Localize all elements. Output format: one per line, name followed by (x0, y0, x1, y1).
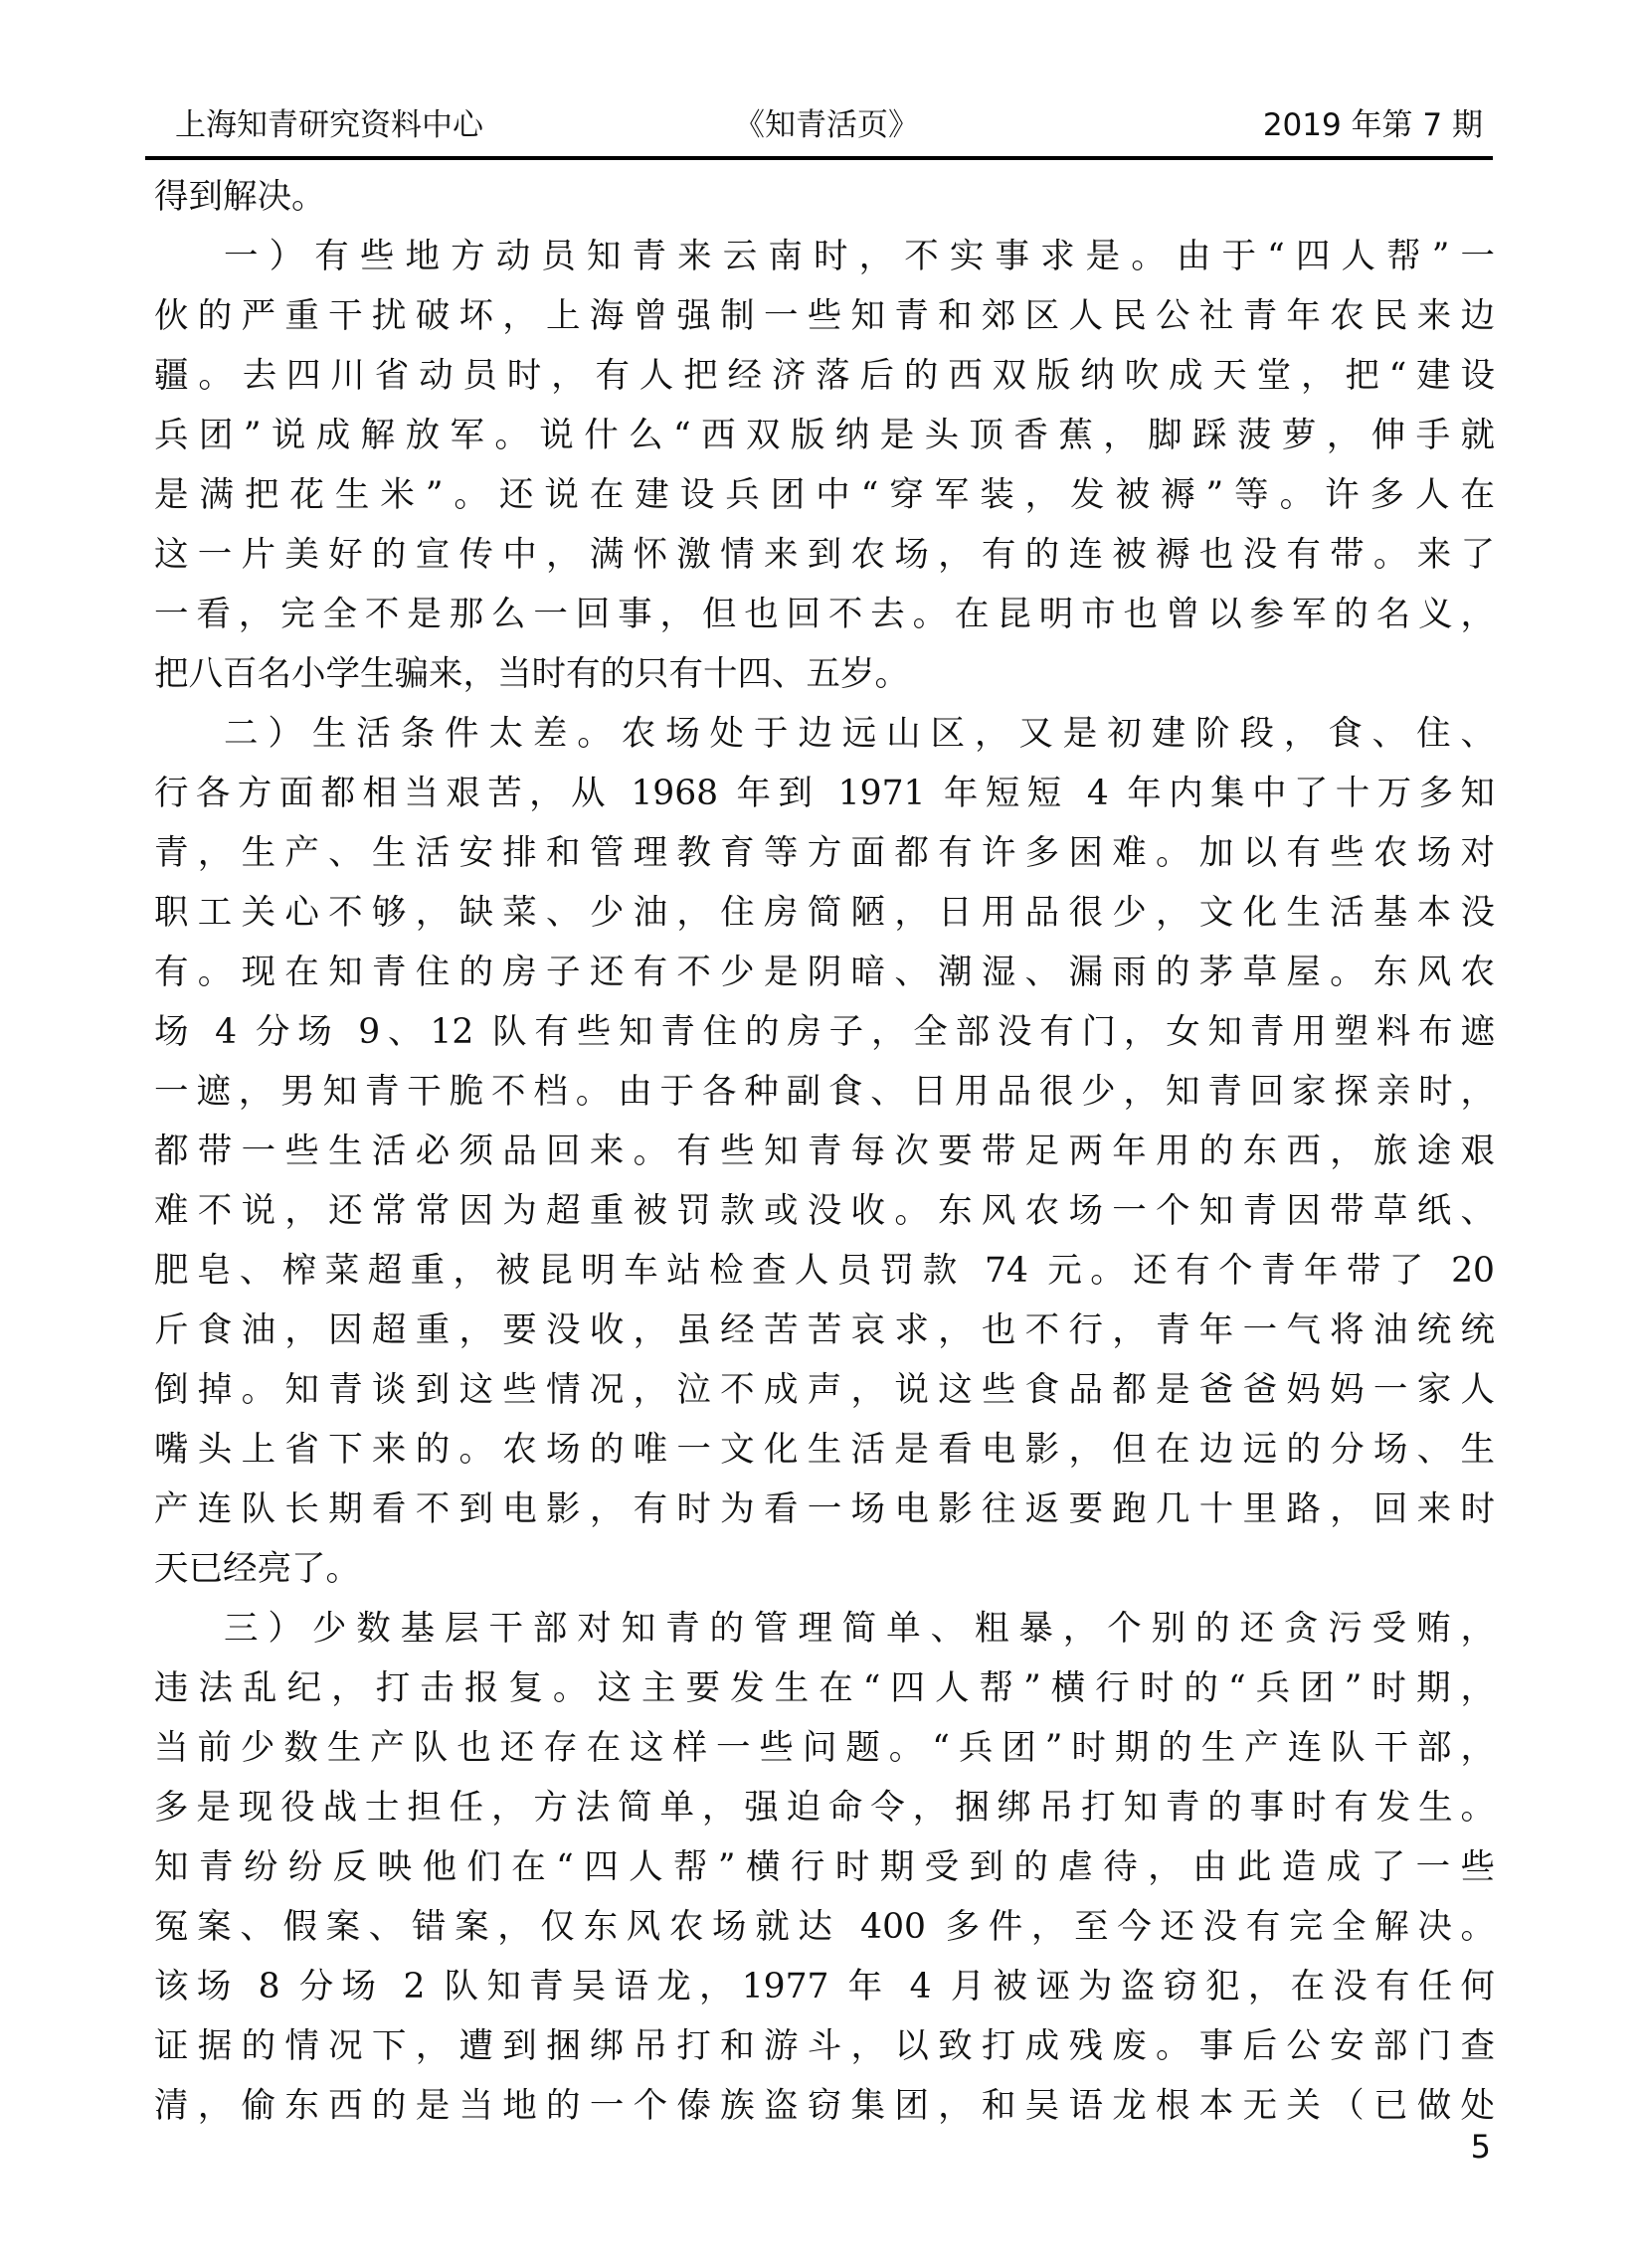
body-text: 得到解决。 一）有些地方动员知青来云南时，不实事求是。由于“四人帮”一 伙的严重… (154, 167, 1495, 2136)
page-number: 5 (1471, 2128, 1491, 2166)
text-line: 三）少数基层干部对知青的管理简单、粗暴，个别的还贪污受贿， (154, 1599, 1495, 1658)
text-line: 都带一些生活必须品回来。有些知青每次要带足两年用的东西，旅途艰 (154, 1122, 1495, 1181)
text-line: 得到解决。 (154, 167, 1495, 227)
text-line: 天已经亮了。 (154, 1539, 1495, 1599)
text-line: 多是现役战士担任，方法简单，强迫命令，捆绑吊打知青的事时有发生。 (154, 1778, 1495, 1837)
text-line: 一遮，男知青干脆不档。由于各种副食、日用品很少，知青回家探亲时， (154, 1062, 1495, 1122)
text-line: 斤食油，因超重，要没收，虽经苦苦哀求，也不行，青年一气将油统统 (154, 1301, 1495, 1360)
text-line: 有。现在知青住的房子还有不少是阴暗、潮湿、漏雨的茅草屋。东风农 (154, 943, 1495, 1002)
text-line: 这一片美好的宣传中，满怀激情来到农场，有的连被褥也没有带。来了 (154, 525, 1495, 585)
text-line: 把八百名小学生骗来，当时有的只有十四、五岁。 (154, 644, 1495, 704)
text-line: 疆。去四川省动员时，有人把经济落后的西双版纳吹成天堂，把“建设 (154, 346, 1495, 406)
text-line: 嘴头上省下来的。农场的唯一文化生活是看电影，但在边远的分场、生 (154, 1420, 1495, 1480)
text-line: 一）有些地方动员知青来云南时，不实事求是。由于“四人帮”一 (154, 227, 1495, 286)
text-line: 当前少数生产队也还存在这样一些问题。“兵团”时期的生产连队干部， (154, 1718, 1495, 1778)
header-publication-title: 《知青活页》 (734, 99, 919, 144)
text-line: 知青纷纷反映他们在“四人帮”横行时期受到的虐待，由此造成了一些 (154, 1837, 1495, 1897)
text-line: 倒掉。知青谈到这些情况，泣不成声，说这些食品都是爸爸妈妈一家人 (154, 1360, 1495, 1420)
text-line: 场 4 分场 9、12 队有些知青住的房子，全部没有门，女知青用塑料布遮 (154, 1002, 1495, 1062)
text-line: 证据的情况下，遭到捆绑吊打和游斗，以致打成残废。事后公安部门查 (154, 2016, 1495, 2076)
text-line: 违法乱纪，打击报复。这主要发生在“四人帮”横行时的“兵团”时期， (154, 1658, 1495, 1718)
text-line: 肥皂、榨菜超重，被昆明车站检查人员罚款 74 元。还有个青年带了 20 (154, 1241, 1495, 1301)
text-line: 伙的严重干扰破坏，上海曾强制一些知青和郊区人民公社青年农民来边 (154, 286, 1495, 346)
text-line: 是满把花生米”。还说在建设兵团中“穿军装，发被褥”等。许多人在 (154, 465, 1495, 525)
text-line: 兵团”说成解放军。说什么“西双版纳是头顶香蕉，脚踩菠萝，伸手就 (154, 406, 1495, 465)
text-line: 难不说，还常常因为超重被罚款或没收。东风农场一个知青因带草纸、 (154, 1181, 1495, 1241)
text-line: 一看，完全不是那么一回事，但也回不去。在昆明市也曾以参军的名义， (154, 585, 1495, 644)
text-line: 产连队长期看不到电影，有时为看一场电影往返要跑几十里路，回来时 (154, 1480, 1495, 1539)
text-line: 青，生产、生活安排和管理教育等方面都有许多困难。加以有些农场对 (154, 823, 1495, 883)
text-line: 行各方面都相当艰苦，从 1968 年到 1971 年短短 4 年内集中了十万多知 (154, 764, 1495, 823)
header-organization: 上海知青研究资料中心 (175, 99, 483, 144)
text-line: 清，偷东西的是当地的一个傣族盗窃集团，和吴语龙根本无关（已做处 (154, 2076, 1495, 2136)
text-line: 冤案、假案、错案，仅东风农场就达 400 多件，至今还没有完全解决。 (154, 1897, 1495, 1957)
header-rule (145, 156, 1493, 160)
text-line: 职工关心不够，缺菜、少油，住房简陋，日用品很少，文化生活基本没 (154, 883, 1495, 943)
header-issue: 2019 年第 7 期 (1263, 99, 1483, 144)
text-line: 该场 8 分场 2 队知青吴语龙，1977 年 4 月被诬为盗窃犯，在没有任何 (154, 1957, 1495, 2016)
running-header: 上海知青研究资料中心 《知青活页》 2019 年第 7 期 (175, 99, 1483, 149)
text-line: 二）生活条件太差。农场处于边远山区，又是初建阶段，食、住、 (154, 704, 1495, 764)
